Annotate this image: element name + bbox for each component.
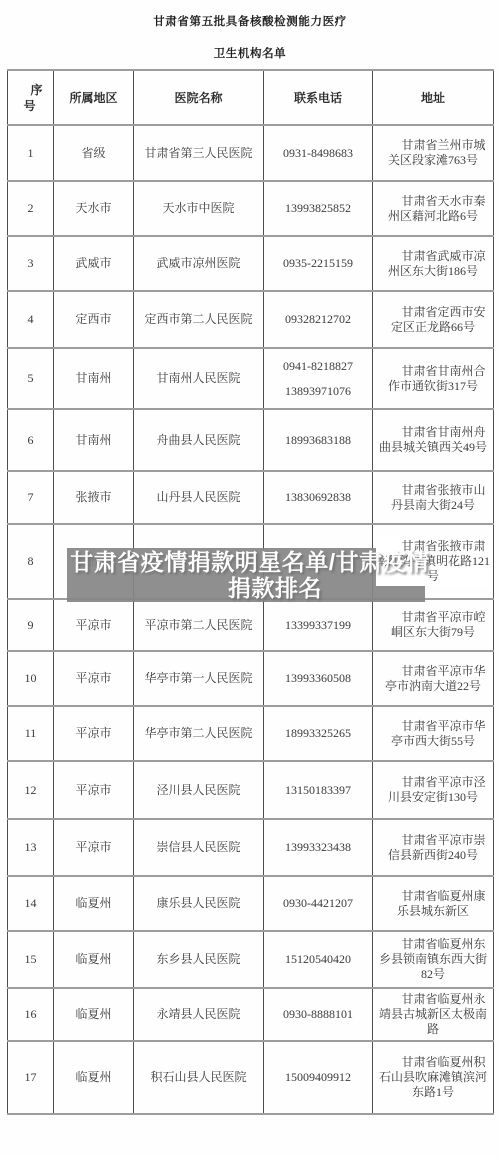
cell-hospital-name: 天水市中医院 [134,181,264,236]
table-body: 1省级甘肃省第三人民医院0931-8498683甘肃省兰州市城关区段家滩763号… [8,125,494,1114]
document-page: 甘肃省第五批具备核酸检测能力医疗 卫生机构名单 序号所属地区医院名称联系电话地址… [0,0,500,1157]
cell-number: 14 [8,876,54,931]
address-text: 甘肃省定西市安定区正龙路66号 [376,305,490,335]
address-text: 甘肃省平凉市崇信县新西街240号 [376,833,490,863]
cell-address: 甘肃省武威市凉州区东大街186号 [373,236,494,291]
address-text: 甘肃省临夏州东乡县锁南镇东西大街82号 [376,937,490,982]
address-text: 甘肃省兰州市城关区段家滩763号 [376,138,490,168]
cell-hospital-name: 山丹县人民医院 [134,471,264,524]
cell-phone: 13399337199 [264,599,373,651]
cell-hospital-name: 东乡县人民医院 [134,931,264,988]
phone-number: 09328212702 [267,312,369,327]
cell-address: 甘肃省张掖市山丹县南大街24号 [373,471,494,524]
cell-address: 甘肃省甘南州合作市通钦街317号 [373,348,494,409]
header-cell: 地址 [373,70,494,125]
cell-region: 天水市 [54,181,134,236]
table-row: 7张掖市山丹县人民医院13830692838甘肃省张掖市山丹县南大街24号 [8,471,494,524]
phone-number: 0935-2215159 [267,256,369,271]
phone-number: 15009409912 [267,1070,369,1085]
cell-phone: 18993325265 [264,706,373,761]
table-row: 13平凉市崇信县人民医院13993323438甘肃省平凉市崇信县新西街240号 [8,819,494,876]
cell-region: 平凉市 [54,819,134,876]
address-text: 甘肃省平凉市泾川县安定街130号 [376,775,490,805]
phone-number: 15120540420 [267,952,369,967]
cell-hospital-name: 康乐县人民医院 [134,876,264,931]
cell-phone: 13150183397 [264,761,373,819]
cell-region: 平凉市 [54,651,134,706]
phone-number: 13830692838 [267,490,369,505]
document-title-line2: 卫生机构名单 [0,45,500,61]
table-row: 6甘南州舟曲县人民医院18993683188甘肃省甘南州舟曲县城关镇西关49号 [8,409,494,471]
phone-number: 13399337199 [267,618,369,633]
cell-hospital-name: 泾川县人民医院 [134,761,264,819]
phone-number: 13150183397 [267,783,369,798]
cell-number: 7 [8,471,54,524]
cell-phone: 18993683188 [264,409,373,471]
table-row: 1省级甘肃省第三人民医院0931-8498683甘肃省兰州市城关区段家滩763号 [8,125,494,181]
cell-phone: 0935-2215159 [264,236,373,291]
phone-number: 0941-8218827 [267,359,369,374]
address-text: 甘肃省张掖市山丹县南大街24号 [376,483,490,513]
cell-region: 甘南州 [54,409,134,471]
header-cell: 医院名称 [134,70,264,125]
cell-hospital-name: 武威市凉州医院 [134,236,264,291]
phone-number: 13993323438 [267,840,369,855]
phone-number: 13993825852 [267,201,369,216]
phone-number: 18993325265 [267,726,369,741]
cell-number: 15 [8,931,54,988]
address-text: 甘肃省临夏州积石山县吹麻滩镇滨河东路1号 [376,1055,490,1100]
cell-address: 甘肃省天水市秦州区藉河北路6号 [373,181,494,236]
cell-phone: 0930-8888101 [264,988,373,1041]
cell-phone: 13993360508 [264,651,373,706]
cell-number: 5 [8,348,54,409]
table-row: 4定西市定西市第二人民医院09328212702甘肃省定西市安定区正龙路66号 [8,291,494,348]
phone-number: 13893971076 [267,384,369,399]
cell-region: 张掖市 [54,471,134,524]
phone-number: 13993360508 [267,671,369,686]
table-row: 3武威市武威市凉州医院0935-2215159甘肃省武威市凉州区东大街186号 [8,236,494,291]
cell-phone: 15120540420 [264,931,373,988]
cell-number: 2 [8,181,54,236]
cell-address: 甘肃省临夏州东乡县锁南镇东西大街82号 [373,931,494,988]
document-title-line1: 甘肃省第五批具备核酸检测能力医疗 [0,13,500,29]
cell-number: 1 [8,125,54,181]
cell-region: 平凉市 [54,599,134,651]
address-text: 甘肃省武威市凉州区东大街186号 [376,249,490,279]
phone-number: 0930-8888101 [267,1007,369,1022]
cell-phone: 13993323438 [264,819,373,876]
table-row: 14临夏州康乐县人民医院0930-4421207甘肃省临夏州康乐县城东新区 [8,876,494,931]
cell-region: 武威市 [54,236,134,291]
watermark: 甘肃省疫情捐款明星名单/甘肃疫情 捐款排名 [0,549,500,601]
cell-phone: 15009409912 [264,1041,373,1114]
cell-hospital-name: 永靖县人民医院 [134,988,264,1041]
cell-hospital-name: 平凉市第二人民医院 [134,599,264,651]
table-row: 9平凉市平凉市第二人民医院13399337199甘肃省平凉市崆峒区东大街79号 [8,599,494,651]
cell-number: 9 [8,599,54,651]
table-row: 12平凉市泾川县人民医院13150183397甘肃省平凉市泾川县安定街130号 [8,761,494,819]
cell-region: 平凉市 [54,706,134,761]
cell-hospital-name: 舟曲县人民医院 [134,409,264,471]
address-text: 甘肃省甘南州合作市通钦街317号 [376,364,490,394]
table-row: 10平凉市华亭市第一人民医院13993360508甘肃省平凉市华亭市汭南大道22… [8,651,494,706]
cell-address: 甘肃省平凉市华亭市西大街55号 [373,706,494,761]
cell-region: 临夏州 [54,988,134,1041]
cell-number: 12 [8,761,54,819]
table-row: 5甘南州甘南州人民医院0941-821882713893971076甘肃省甘南州… [8,348,494,409]
address-text: 甘肃省天水市秦州区藉河北路6号 [376,194,490,224]
header-row: 序号所属地区医院名称联系电话地址 [8,70,494,125]
cell-region: 定西市 [54,291,134,348]
cell-phone: 0930-4421207 [264,876,373,931]
address-text: 甘肃省临夏州永靖县古城新区太极南路 [376,992,490,1037]
cell-phone: 13993825852 [264,181,373,236]
cell-address: 甘肃省临夏州积石山县吹麻滩镇滨河东路1号 [373,1041,494,1114]
cell-address: 甘肃省平凉市华亭市汭南大道22号 [373,651,494,706]
address-text: 甘肃省平凉市崆峒区东大街79号 [376,610,490,640]
cell-region: 临夏州 [54,1041,134,1114]
cell-hospital-name: 华亭市第一人民医院 [134,651,264,706]
cell-region: 临夏州 [54,876,134,931]
table-row: 15临夏州东乡县人民医院15120540420甘肃省临夏州东乡县锁南镇东西大街8… [8,931,494,988]
cell-address: 甘肃省平凉市泾川县安定街130号 [373,761,494,819]
address-text: 甘肃省平凉市华亭市西大街55号 [376,719,490,749]
cell-address: 甘肃省兰州市城关区段家滩763号 [373,125,494,181]
cell-number: 13 [8,819,54,876]
address-text: 甘肃省临夏州康乐县城东新区 [376,889,490,919]
cell-phone: 0941-821882713893971076 [264,348,373,409]
cell-number: 6 [8,409,54,471]
cell-number: 3 [8,236,54,291]
table-header: 序号所属地区医院名称联系电话地址 [8,70,494,125]
table-row: 2天水市天水市中医院13993825852甘肃省天水市秦州区藉河北路6号 [8,181,494,236]
cell-number: 4 [8,291,54,348]
cell-hospital-name: 积石山县人民医院 [134,1041,264,1114]
table-row: 17临夏州积石山县人民医院15009409912甘肃省临夏州积石山县吹麻滩镇滨河… [8,1041,494,1114]
address-text: 甘肃省甘南州舟曲县城关镇西关49号 [376,425,490,455]
address-text: 甘肃省平凉市华亭市汭南大道22号 [376,664,490,694]
header-cell: 联系电话 [264,70,373,125]
watermark-text-line2: 捐款排名 [25,575,500,601]
cell-address: 甘肃省甘南州舟曲县城关镇西关49号 [373,409,494,471]
cell-hospital-name: 甘南州人民医院 [134,348,264,409]
cell-region: 临夏州 [54,931,134,988]
cell-hospital-name: 定西市第二人民医院 [134,291,264,348]
cell-number: 11 [8,706,54,761]
phone-number: 18993683188 [267,433,369,448]
phone-number: 0931-8498683 [267,146,369,161]
cell-hospital-name: 崇信县人民医院 [134,819,264,876]
cell-region: 甘南州 [54,348,134,409]
cell-address: 甘肃省平凉市崆峒区东大街79号 [373,599,494,651]
phone-number: 0930-4421207 [267,896,369,911]
cell-number: 16 [8,988,54,1041]
cell-region: 平凉市 [54,761,134,819]
cell-address: 甘肃省定西市安定区正龙路66号 [373,291,494,348]
cell-address: 甘肃省平凉市崇信县新西街240号 [373,819,494,876]
cell-number: 10 [8,651,54,706]
watermark-text-line1: 甘肃省疫情捐款明星名单/甘肃疫情 [0,549,500,575]
cell-address: 甘肃省临夏州康乐县城东新区 [373,876,494,931]
cell-phone: 0931-8498683 [264,125,373,181]
header-cell: 所属地区 [54,70,134,125]
cell-region: 省级 [54,125,134,181]
header-cell: 序号 [8,70,54,125]
cell-hospital-name: 华亭市第二人民医院 [134,706,264,761]
cell-hospital-name: 甘肃省第三人民医院 [134,125,264,181]
table-row: 11平凉市华亭市第二人民医院18993325265甘肃省平凉市华亭市西大街55号 [8,706,494,761]
table-row: 16临夏州永靖县人民医院0930-8888101甘肃省临夏州永靖县古城新区太极南… [8,988,494,1041]
cell-address: 甘肃省临夏州永靖县古城新区太极南路 [373,988,494,1041]
cell-phone: 13830692838 [264,471,373,524]
header-cell-label: 序号 [24,82,38,114]
cell-phone: 09328212702 [264,291,373,348]
cell-number: 17 [8,1041,54,1114]
